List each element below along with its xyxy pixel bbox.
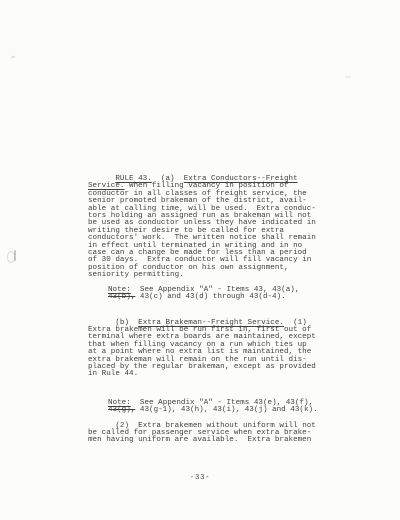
note-appendix-a1: Note: See Appendix "A" - Items 43, 43(a)… (108, 287, 328, 302)
margin-smudge (14, 250, 16, 261)
page-number: -33- (0, 474, 400, 482)
paragraph-rule43b: (b) Extra Brakeman--Freight Service. (1)… (88, 320, 328, 379)
scanned-document-page: RULE 43. (a) Extra Conductors--Freight S… (0, 0, 400, 520)
note-text: 43(g-1), 43(h), 43(i), 43(j) and 43(k). (135, 406, 317, 414)
body-line: seniority permitting. (88, 272, 328, 279)
paragraph-rule43a: RULE 43. (a) Extra Conductors--Freight S… (88, 176, 328, 280)
note-line: 43(g), 43(g-1), 43(h), 43(i), 43(j) and … (108, 407, 328, 414)
paragraph-rule43b2: (2) Extra brakemen without uniform will … (88, 423, 328, 445)
note-appendix-a2: Note: See Appendix "A" - Items 43(e), 43… (108, 400, 328, 415)
body-line: men having uniform are available. Extra … (88, 437, 328, 444)
body-line: in Rule 44. (88, 371, 328, 378)
note-line: 43(b), 43(c) and 43(d) through 43(d-4). (108, 294, 328, 301)
note-text: 43(c) and 43(d) through 43(d-4). (135, 293, 285, 301)
note-item-struck: 43(b), (108, 293, 135, 301)
note-item-struck: 43(g), (108, 406, 135, 414)
document-body: RULE 43. (a) Extra Conductors--Freight S… (88, 176, 328, 445)
scan-speck (345, 76, 351, 78)
scan-speck (11, 55, 15, 58)
